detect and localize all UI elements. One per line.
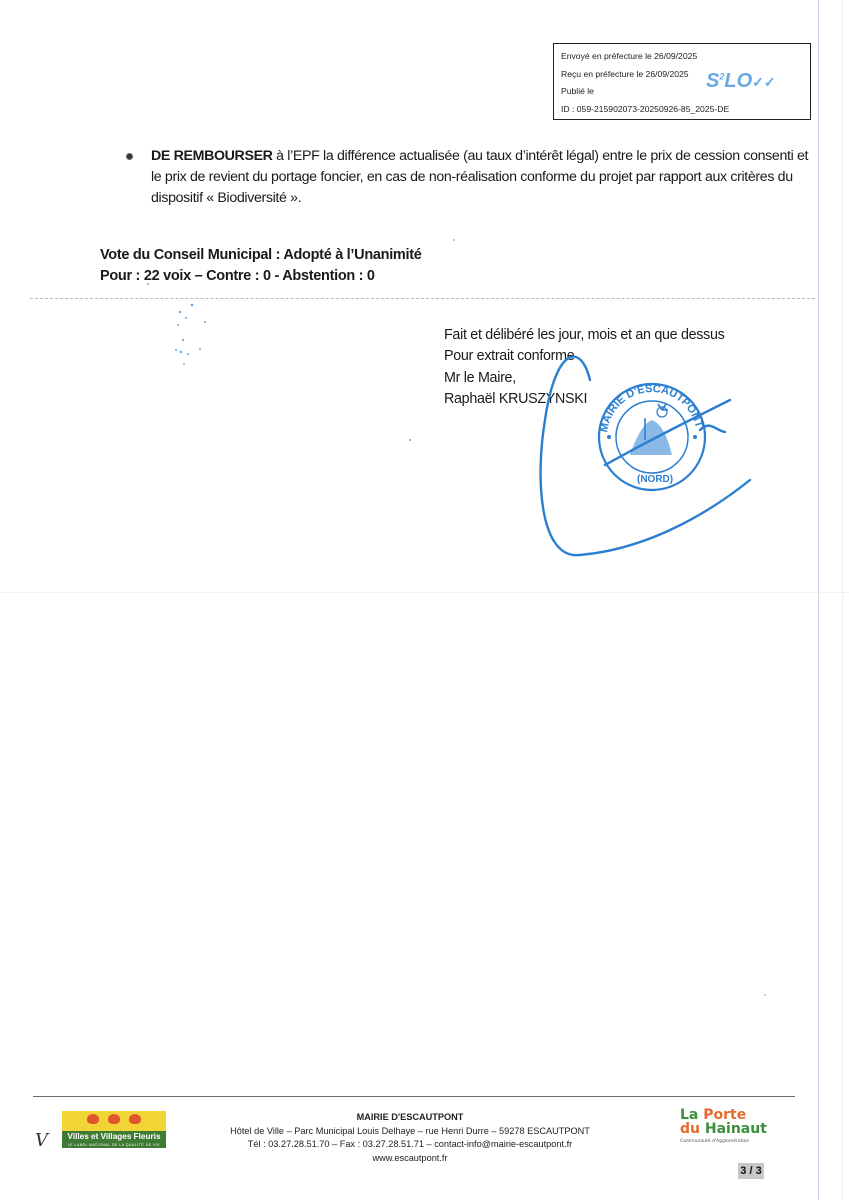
footer-contact: Tél : 03.27.28.51.70 – Fax : 03.27.28.51… xyxy=(210,1138,610,1152)
paraph-initial: V xyxy=(35,1130,48,1151)
vote-result: Vote du Conseil Municipal : Adopté à l’U… xyxy=(100,245,422,287)
footer-address: Hôtel de Ville – Parc Municipal Louis De… xyxy=(210,1125,610,1139)
vvf-label: Villes et Villages Fleuris xyxy=(68,1132,161,1141)
flower-icon xyxy=(129,1114,141,1124)
reimbursement-clause: DE REMBOURSER à l’EPF la différence actu… xyxy=(151,146,811,209)
vote-line-1: Vote du Conseil Municipal : Adopté à l’U… xyxy=(100,245,422,266)
closing-line-3: Mr le Maire, xyxy=(444,368,724,389)
footer-website: www.escautpont.fr xyxy=(210,1152,610,1166)
la-porte-du-hainaut-logo: La Porte du Hainaut Communauté d'Agglomé… xyxy=(680,1108,767,1144)
stamp-id: ID : 059-215902073-20250926-85_2025-DE xyxy=(561,101,810,119)
footer-address-block: MAIRIE D'ESCAUTPONT Hôtel de Ville – Par… xyxy=(210,1111,610,1165)
flower-icon xyxy=(87,1114,99,1124)
footer-rule xyxy=(33,1096,795,1097)
page-edge-outer xyxy=(842,0,843,1200)
s2low-logo: S2LO✓✓ xyxy=(706,70,776,93)
villes-villages-fleuris-logo: Villes et Villages Fleuris LE LABEL NATI… xyxy=(62,1111,166,1148)
svg-text:(NORD): (NORD) xyxy=(637,474,673,485)
stamp-sent: Envoyé en préfecture le 26/09/2025 xyxy=(561,48,810,66)
bullet-icon xyxy=(126,153,133,160)
clause-keyword: DE REMBOURSER xyxy=(151,148,273,164)
footer-title: MAIRIE D'ESCAUTPONT xyxy=(210,1111,610,1125)
scan-fold-line xyxy=(0,592,849,593)
vvf-sublabel: LE LABEL NATIONAL DE LA QUALITÉ DE VIE xyxy=(62,1143,166,1147)
porte-sublabel: Communauté d'Agglomération xyxy=(680,1139,767,1144)
separator xyxy=(30,298,815,299)
flower-icon xyxy=(108,1114,120,1124)
vote-line-2: Pour : 22 voix – Contre : 0 - Abstention… xyxy=(100,266,422,287)
closing-line-1: Fait et délibéré les jour, mois et an qu… xyxy=(444,325,724,346)
closing-line-2: Pour extrait conforme xyxy=(444,346,724,367)
closing-block: Fait et délibéré les jour, mois et an qu… xyxy=(444,325,724,410)
page-edge xyxy=(818,0,819,1200)
mayor-name: Raphaël KRUSZYNSKI xyxy=(444,389,724,410)
page-number: 3 / 3 xyxy=(738,1163,764,1179)
